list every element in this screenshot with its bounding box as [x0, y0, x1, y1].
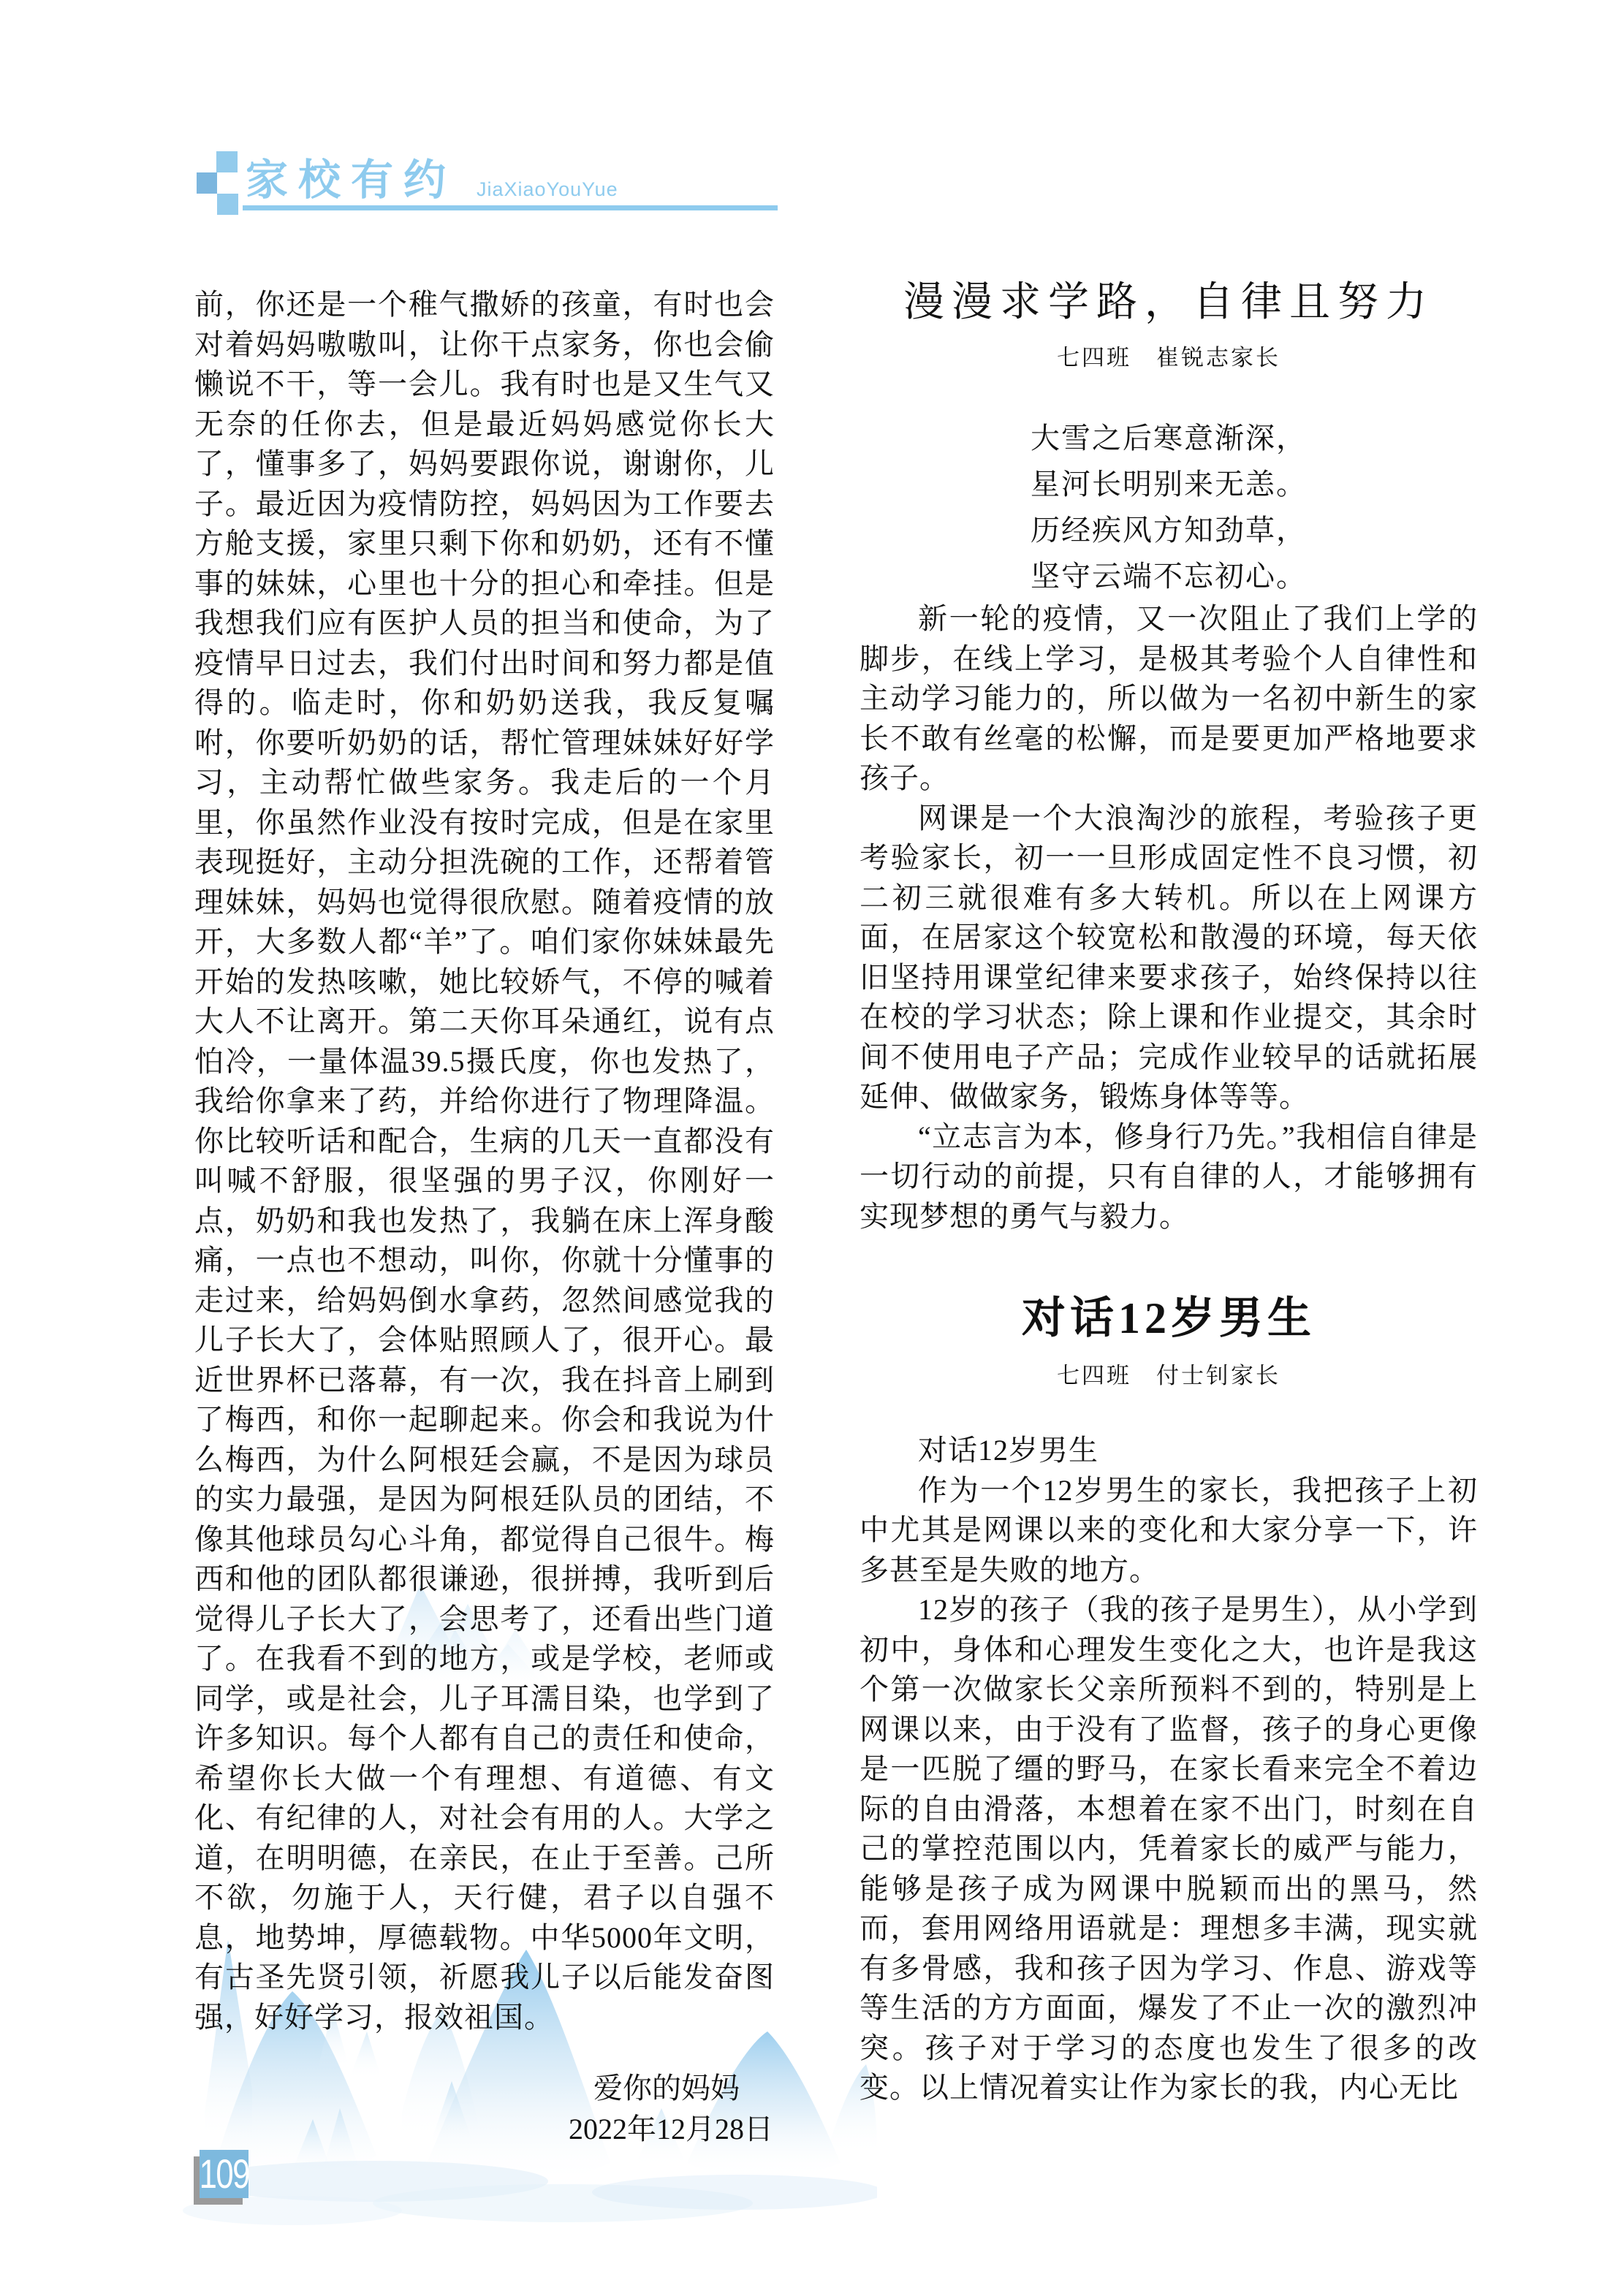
- poem-line: 历经疾风方知劲草，: [860, 507, 1478, 553]
- article-2-byline: 七四班 付士钊家长: [860, 1361, 1478, 1391]
- page-number: 109: [199, 2150, 248, 2198]
- poem-line: 坚守云端不忘初心。: [860, 553, 1478, 599]
- letter-date: 2022年12月28日: [194, 2109, 775, 2150]
- article-1-paragraph: 新一轮的疫情，又一次阻止了我们上学的脚步，在线上学习，是极其考验个人自律性和主动…: [860, 599, 1478, 799]
- article-2-paragraph: 对话12岁男生: [860, 1431, 1478, 1471]
- page-number-badge: 109: [200, 2150, 248, 2198]
- poem-line: 大雪之后寒意渐深，: [860, 415, 1478, 461]
- logo-square-left: [197, 172, 217, 194]
- article-1-paragraph: 网课是一个大浪淘沙的旅程，考验孩子更考验家长，初一一旦形成固定性不良习惯，初二初…: [860, 799, 1478, 1117]
- logo-square-bottom: [217, 194, 238, 215]
- letter-signature: 爱你的妈妈: [194, 2068, 775, 2109]
- article-1-poem: 大雪之后寒意渐深， 星河长明别来无恙。 历经疾风方知劲草， 坚守云端不忘初心。: [860, 415, 1478, 599]
- right-column: 漫漫求学路，自律且努力 七四班 崔锐志家长 大雪之后寒意渐深， 星河长明别来无恙…: [860, 278, 1478, 2108]
- article-1: 漫漫求学路，自律且努力 七四班 崔锐志家长 大雪之后寒意渐深， 星河长明别来无恙…: [860, 278, 1478, 1236]
- poem-line: 星河长明别来无恙。: [860, 461, 1478, 507]
- left-column: 前，你还是一个稚气撒娇的孩童，有时也会对着妈妈嗷嗷叫，让你干点家务，你也会偷懒说…: [194, 285, 775, 2150]
- article-1-title: 漫漫求学路，自律且努力: [860, 278, 1478, 327]
- article-2-paragraph: 作为一个12岁男生的家长，我把孩子上初中尤其是网课以来的变化和大家分享一下，许多…: [860, 1471, 1478, 1591]
- letter-signature-block: 爱你的妈妈 2022年12月28日: [194, 2068, 775, 2150]
- article-2-title: 对话12岁男生: [860, 1291, 1478, 1345]
- article-1-byline: 七四班 崔锐志家长: [860, 343, 1478, 373]
- header-underline: [243, 205, 778, 210]
- article-2-paragraph: 12岁的孩子（我的孩子是男生），从小学到初中，身体和心理发生变化之大，也许是我这…: [860, 1590, 1478, 2108]
- section-logo-text: 家校有约: [246, 155, 456, 206]
- article-2: 对话12岁男生 七四班 付士钊家长 对话12岁男生 作为一个12岁男生的家长，我…: [860, 1291, 1478, 2108]
- letter-body: 前，你还是一个稚气撒娇的孩童，有时也会对着妈妈嗷嗷叫，让你干点家务，你也会偷懒说…: [194, 285, 775, 2037]
- logo-square-top: [216, 151, 238, 172]
- magazine-page: { "colors": { "accent": "#8ecbee", "badg…: [0, 0, 1624, 2296]
- section-logo-pinyin: JiaXiaoYouYue: [477, 178, 618, 201]
- article-1-paragraph: “立志言为本，修身行乃先。”我相信自律是一切行动的前提，只有自律的人，才能够拥有…: [860, 1117, 1478, 1237]
